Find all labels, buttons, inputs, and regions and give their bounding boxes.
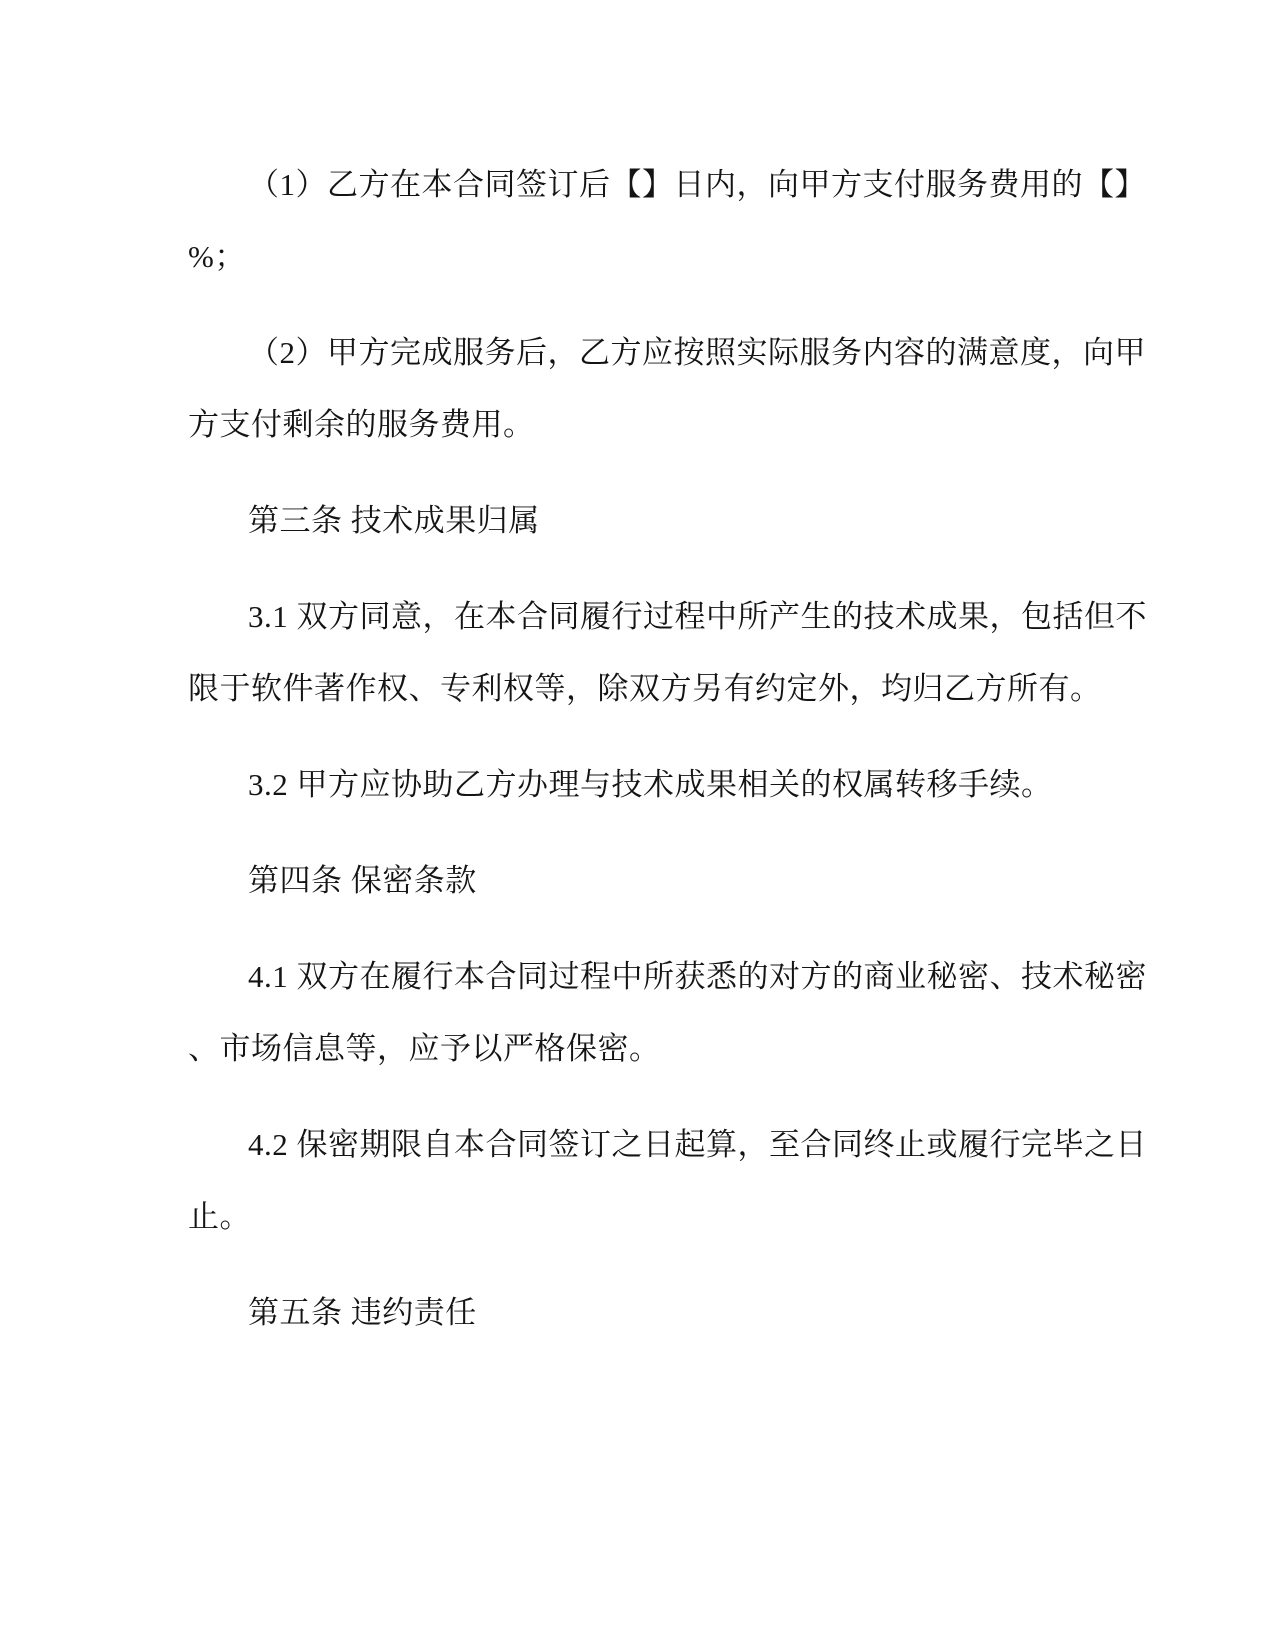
heading-article-4: 第四条 保密条款	[188, 845, 1097, 917]
text-line: （1）乙方在本合同签订后【】日内，向甲方支付服务费用的【】	[188, 149, 1097, 221]
contract-page: （1）乙方在本合同签订后【】日内，向甲方支付服务费用的【】 %； （2）甲方完成…	[0, 0, 1275, 1650]
paragraph-clause-4-2: 4.2 保密期限自本合同签订之日起算，至合同终止或履行完毕之日 止。	[188, 1109, 1097, 1253]
text-line: 止。	[188, 1181, 1097, 1253]
text-line: 3.2 甲方应协助乙方办理与技术成果相关的权属转移手续。	[188, 749, 1097, 821]
heading-article-5: 第五条 违约责任	[188, 1277, 1097, 1349]
text-line: 、市场信息等，应予以严格保密。	[188, 1013, 1097, 1085]
heading-article-3: 第三条 技术成果归属	[188, 485, 1097, 557]
text-line: 限于软件著作权、专利权等，除双方另有约定外，均归乙方所有。	[188, 653, 1097, 725]
paragraph-clause-3-1: 3.1 双方同意，在本合同履行过程中所产生的技术成果，包括但不 限于软件著作权、…	[188, 581, 1097, 725]
paragraph-payment-item-1: （1）乙方在本合同签订后【】日内，向甲方支付服务费用的【】 %；	[188, 149, 1097, 293]
text-line: （2）甲方完成服务后，乙方应按照实际服务内容的满意度，向甲	[188, 317, 1097, 389]
text-line: 4.1 双方在履行本合同过程中所获悉的对方的商业秘密、技术秘密	[188, 941, 1097, 1013]
text-line: %；	[188, 221, 1097, 293]
text-line: 第五条 违约责任	[188, 1277, 1097, 1349]
text-line: 第四条 保密条款	[188, 845, 1097, 917]
paragraph-payment-item-2: （2）甲方完成服务后，乙方应按照实际服务内容的满意度，向甲 方支付剩余的服务费用…	[188, 317, 1097, 461]
text-line: 第三条 技术成果归属	[188, 485, 1097, 557]
paragraph-clause-4-1: 4.1 双方在履行本合同过程中所获悉的对方的商业秘密、技术秘密 、市场信息等，应…	[188, 941, 1097, 1085]
paragraph-clause-3-2: 3.2 甲方应协助乙方办理与技术成果相关的权属转移手续。	[188, 749, 1097, 821]
text-line: 4.2 保密期限自本合同签订之日起算，至合同终止或履行完毕之日	[188, 1109, 1097, 1181]
text-line: 方支付剩余的服务费用。	[188, 389, 1097, 461]
text-line: 3.1 双方同意，在本合同履行过程中所产生的技术成果，包括但不	[188, 581, 1097, 653]
